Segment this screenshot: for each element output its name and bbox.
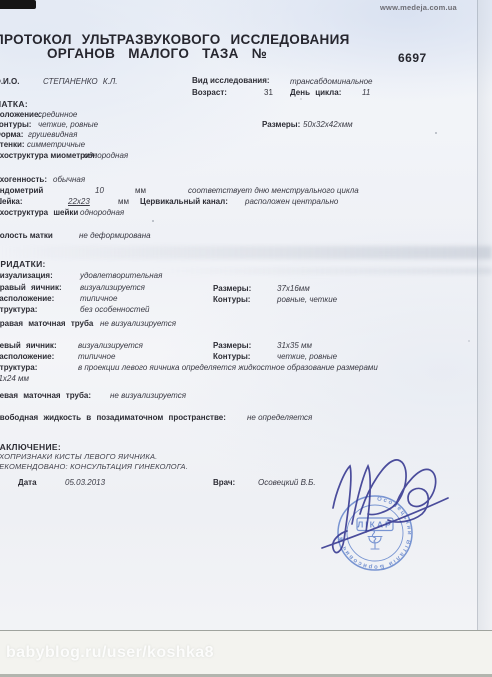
paper-speck xyxy=(435,132,437,134)
protocol-number: 6697 xyxy=(398,51,427,65)
uterus-shape-label: Форма: xyxy=(0,130,23,139)
left-ovary-value: визуализируется xyxy=(78,341,143,350)
left-tube-value: не визуализируется xyxy=(110,391,186,400)
scan-shadow-band xyxy=(150,268,492,274)
right-ovary-sizes-value: 37х16мм xyxy=(277,284,310,293)
left-ovary-sizes-value: 31х35 мм xyxy=(277,341,312,350)
endometrium-label: Эндометрий xyxy=(0,186,43,195)
right-tube-label: Правая маточная труба xyxy=(0,319,93,328)
conclusion-line1: ЭХОПРИЗНАКИ КИСТЫ ЛЕВОГО ЯИЧНИКА. xyxy=(0,452,157,461)
right-tube-value: не визуализируется xyxy=(100,319,176,328)
paper-speck xyxy=(468,340,470,342)
endometrium-note: соответствует дню менструального цикла xyxy=(188,186,359,195)
uterus-contours-label: Контуры: xyxy=(0,120,31,129)
cervix-unit: мм xyxy=(118,197,129,206)
right-ovary-location-value: типичное xyxy=(80,294,117,303)
cervical-canal-value: расположен центрально xyxy=(245,197,338,206)
cervix-echo-value: однородная xyxy=(80,208,124,217)
cervix-size-value: 22х23 xyxy=(68,197,90,206)
left-ovary-location-value: типичное xyxy=(78,352,115,361)
cervical-canal-label: Цервикальный канал: xyxy=(140,197,228,206)
left-ovary-label: Левый яичник: xyxy=(0,341,57,350)
doctor-round-stamp: Осовецький Віталій Борисович ✻ ЛІКАР xyxy=(338,496,413,570)
right-ovary-location-label: Расположение: xyxy=(0,294,54,303)
study-type-label: Вид исследования: xyxy=(192,76,270,85)
fio-label: Ф.И.О. xyxy=(0,77,19,86)
uterine-cavity-value: не деформирована xyxy=(79,231,151,240)
left-tube-label: Левая маточная труба: xyxy=(0,391,91,400)
cycle-day-label: День цикла: xyxy=(290,88,341,97)
clinic-website: www.medeja.com.ua xyxy=(380,3,457,12)
right-ovary-contours-label: Контуры: xyxy=(213,295,250,304)
document-title-line2: ОРГАНОВ МАЛОГО ТАЗА № xyxy=(47,46,267,61)
uterus-position-value: срединное xyxy=(38,110,77,119)
myometrium-value: однородная xyxy=(84,151,128,160)
uterus-contours-value: четкие, ровные xyxy=(38,120,98,129)
visualization-label: Визуализация: xyxy=(0,271,53,280)
conclusion-line2: РЕКОМЕНДОВАНО: КОНСУЛЬТАЦИЯ ГИНЕКОЛОГА. xyxy=(0,462,188,471)
right-ovary-label: Правый яичник: xyxy=(0,283,62,292)
stamp-ring-text: Осовецький Віталій Борисович ✻ xyxy=(338,496,413,569)
stamp-signature-overlay: Осовецький Віталій Борисович ✻ ЛІКАР xyxy=(0,0,492,677)
cervix-echo-label: Эхоструктура шейки xyxy=(0,208,78,217)
left-ovary-sizes-label: Размеры: xyxy=(213,341,251,350)
echogenicity-value: обычная xyxy=(53,175,85,184)
medical-bowl-snake-icon xyxy=(368,531,382,549)
patient-name: СТЕПАНЕНКО К.Л. xyxy=(43,77,117,86)
free-fluid-value: не определяется xyxy=(247,413,312,422)
photo-watermark: babyblog.ru/user/koshka8 xyxy=(6,644,214,662)
right-ovary-contours-value: ровные, четкие xyxy=(277,295,337,304)
uterine-cavity-label: Полость матки xyxy=(0,231,53,240)
uterus-walls-label: Стенки: xyxy=(0,140,25,149)
scanner-artifact-black-mark xyxy=(0,0,36,9)
uterus-heading: МАТКА: xyxy=(0,99,28,109)
paper-edge-shade xyxy=(478,0,492,631)
doctor-name: Осовецкий В.Б. xyxy=(258,478,316,487)
paper-speck xyxy=(300,98,302,100)
visualization-value: удовлетворительная xyxy=(80,271,162,280)
uterus-sizes-label: Размеры: xyxy=(262,120,300,129)
left-ovary-structure-value: в проекции левого яичника определяется ж… xyxy=(78,363,378,372)
scan-shadow-band xyxy=(0,246,492,259)
age-label: Возраст: xyxy=(192,88,227,97)
doctor-signature xyxy=(322,460,448,553)
uterus-sizes-value: 50х32х42хмм xyxy=(303,120,353,129)
document-title-line1: ПРОТОКОЛ УЛЬТРАЗВУКОВОГО ИССЛЕДОВАНИЯ xyxy=(0,32,350,47)
paper-speck xyxy=(152,220,154,222)
date-value: 05.03.2013 xyxy=(65,478,105,487)
endometrium-value: 10 xyxy=(95,186,104,195)
endometrium-unit: мм xyxy=(135,186,146,195)
left-ovary-contours-label: Контуры: xyxy=(213,352,250,361)
left-ovary-location-label: Расположение: xyxy=(0,352,54,361)
left-ovary-contours-value: четкие, ровные xyxy=(277,352,337,361)
myometrium-label: Эхоструктура миометрия: xyxy=(0,151,97,160)
age-value: 31 xyxy=(264,88,273,97)
scanned-ultrasound-protocol: www.medeja.com.ua ПРОТОКОЛ УЛЬТРАЗВУКОВО… xyxy=(0,0,492,677)
uterus-shape-value: грушевидная xyxy=(28,130,77,139)
adnexa-heading: ПРИДАТКИ: xyxy=(0,259,46,269)
left-ovary-structure-label: Структура: xyxy=(0,363,37,372)
left-ovary-structure-size: 21х24 мм xyxy=(0,374,29,383)
uterus-walls-value: симметричные xyxy=(27,140,85,149)
echogenicity-label: Эхогенность: xyxy=(0,175,47,184)
uterus-position-label: Положение: xyxy=(0,110,41,119)
conclusion-heading: ЗАКЛЮЧЕНИЕ: xyxy=(0,442,61,452)
doctor-label: Врач: xyxy=(213,478,235,487)
date-label: Дата xyxy=(18,478,37,487)
right-ovary-structure-label: Структура: xyxy=(0,305,37,314)
right-ovary-sizes-label: Размеры: xyxy=(213,284,251,293)
free-fluid-label: Свободная жидкость в позадиматочном прос… xyxy=(0,413,226,422)
cycle-day-value: 11 xyxy=(362,88,370,97)
cervix-label: Шейка: xyxy=(0,197,23,206)
stamp-center-text: ЛІКАР xyxy=(357,520,392,530)
right-ovary-structure-value: без особенностей xyxy=(80,305,149,314)
study-type-value: трансабдоминальное xyxy=(290,77,373,86)
right-ovary-value: визуализируется xyxy=(80,283,145,292)
